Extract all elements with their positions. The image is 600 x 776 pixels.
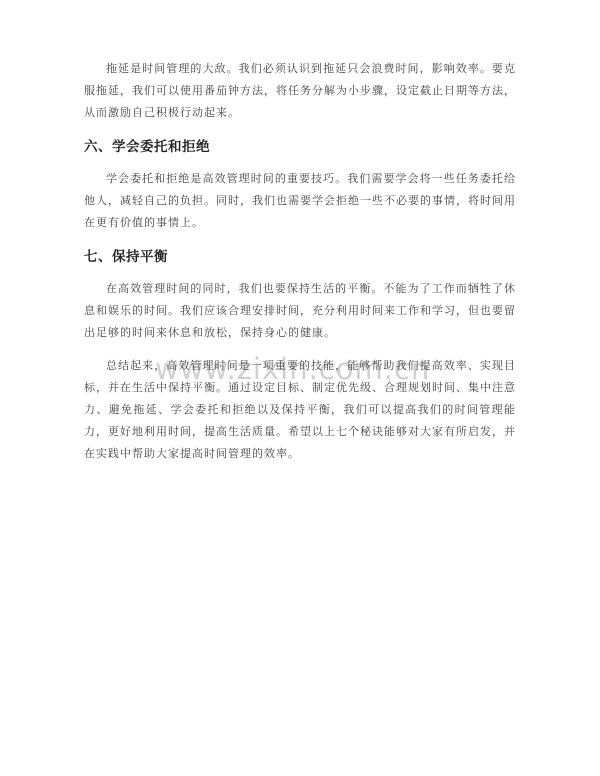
heading-section-seven-balance: 七、保持平衡 — [84, 248, 516, 266]
paragraph-summary: 总结起来，高效管理时间是一项重要的技能，能够帮助我们提高效率、实现目标，并在生活… — [84, 355, 516, 465]
paragraph-balance: 在高效管理时间的同时，我们也要保持生活的平衡。不能为了工作而牺牲了休息和娱乐的时… — [84, 278, 516, 344]
paragraph-procrastination: 拖延是时间管理的大敌。我们必须认识到拖延只会浪费时间，影响效率。要克服拖延，我们… — [84, 58, 516, 124]
document-content: 拖延是时间管理的大敌。我们必须认识到拖延只会浪费时间，影响效率。要克服拖延，我们… — [84, 58, 516, 476]
paragraph-delegation: 学会委托和拒绝是高效管理时间的重要技巧。我们需要学会将一些任务委托给他人，减轻自… — [84, 168, 516, 234]
document-page: www.zixin.com.cn 拖延是时间管理的大敌。我们必须认识到拖延只会浪… — [0, 0, 600, 776]
heading-section-six-delegation: 六、学会委托和拒绝 — [84, 138, 516, 156]
